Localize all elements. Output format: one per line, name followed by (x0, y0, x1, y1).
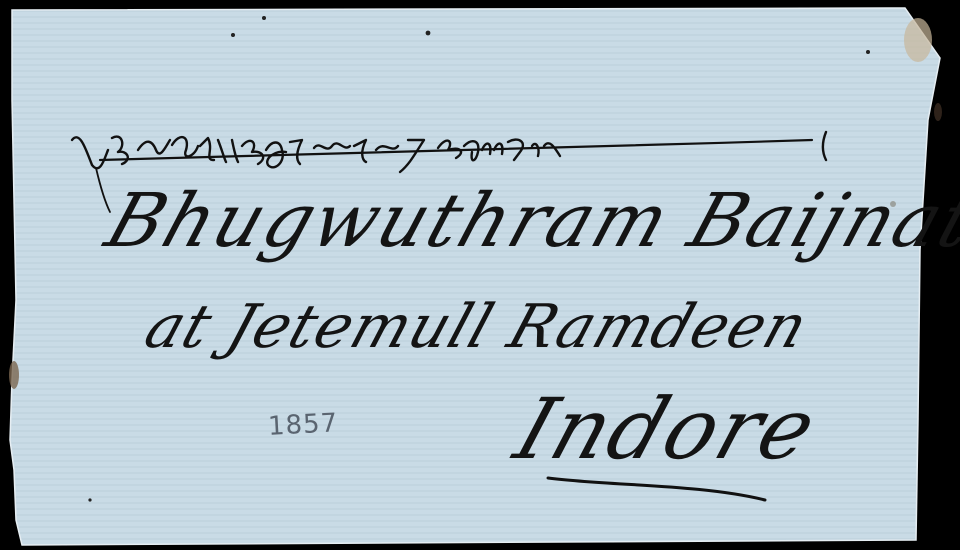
paper-sheet (0, 0, 960, 550)
pencil-year-notation: 1857 (267, 408, 339, 442)
document-stage: ꣲ Mahajani script line ꣲ Bhugwuthram Bai… (0, 0, 960, 550)
stain-left-edge (9, 361, 19, 389)
stain-right-edge (934, 103, 942, 121)
address-line-2: at Jetemull Ramdeen (137, 292, 817, 362)
address-line-3-city: Indore (504, 380, 829, 478)
address-line-1: Bhugwuthram Baijnath (96, 178, 960, 264)
stain-top-right (904, 18, 932, 62)
